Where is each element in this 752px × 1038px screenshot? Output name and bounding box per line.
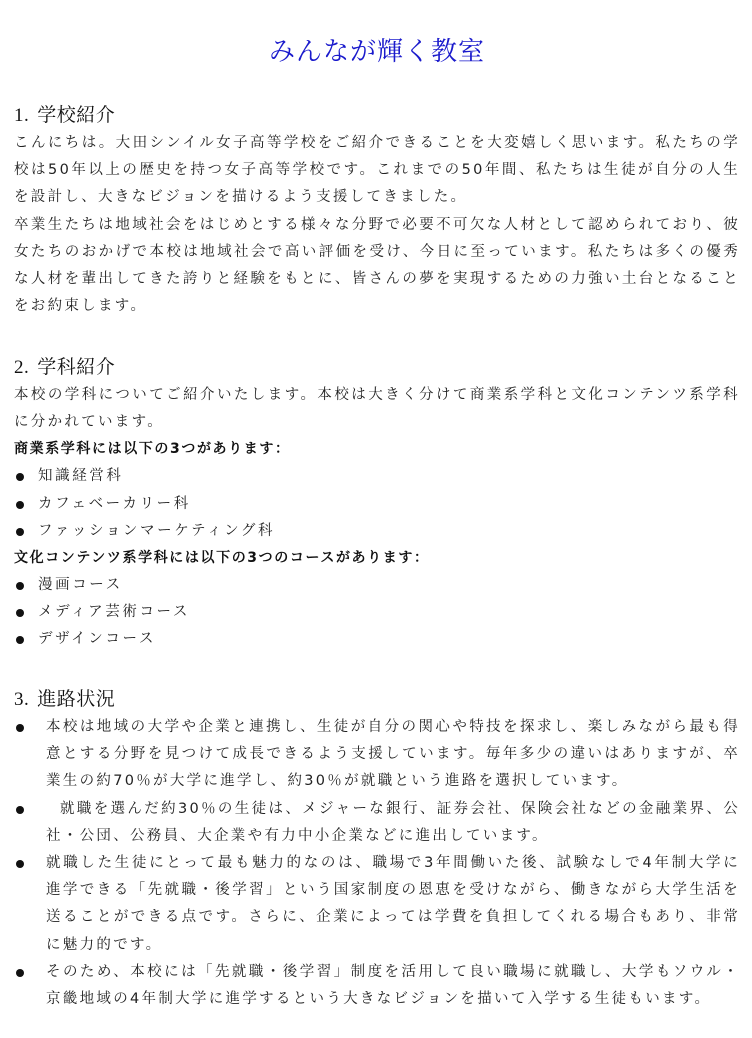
- list-item: ファッションマーケティング科: [14, 518, 740, 545]
- list-item: カフェベーカリー科: [14, 491, 740, 518]
- commerce-department-list: 知識経営科 カフェベーカリー科 ファッションマーケティング科: [14, 463, 740, 545]
- paragraph: 本校の学科についてご紹介いたします。本校は大きく分けて商業系学科と文化コンテンツ…: [14, 382, 740, 436]
- bullet-icon: [16, 724, 24, 732]
- bullet-icon: [16, 609, 24, 617]
- paragraph: こんにちは。大田シンイル女子高等学校をご紹介できることを大変嬉しく思います。私た…: [14, 130, 740, 212]
- group-label-commerce: 商業系学科には以下の3つがあります：: [14, 436, 740, 463]
- section-heading: 2.学科紹介: [14, 352, 740, 382]
- section-number: 2.: [14, 357, 29, 378]
- bullet-icon: [16, 860, 24, 868]
- list-item: デザインコース: [14, 626, 740, 653]
- section-number: 3.: [14, 689, 29, 710]
- document-page: みんなが輝く教室 1.学校紹介 こんにちは。大田シンイル女子高等学校をご紹介でき…: [14, 0, 740, 72]
- list-item: そのため、本校には「先就職・後学習」制度を活用して良い職場に就職し、大学もソウル…: [14, 959, 740, 1013]
- document-title: みんなが輝く教室: [14, 0, 740, 72]
- list-item: 漫画コース: [14, 572, 740, 599]
- bullet-icon: [16, 969, 24, 977]
- section-department-introduction: 2.学科紹介 本校の学科についてご紹介いたします。本校は大きく分けて商業系学科と…: [14, 352, 740, 654]
- list-item: 就職を選んだ約30％の生徒は、メジャーな銀行、証券会社、保険会社などの金融業界、…: [14, 796, 740, 850]
- section-number: 1.: [14, 105, 29, 126]
- section-heading: 1.学校紹介: [14, 100, 740, 130]
- bullet-icon: [16, 501, 24, 509]
- list-item: 知識経営科: [14, 463, 740, 490]
- paragraph: 卒業生たちは地域社会をはじめとする様々な分野で必要不可欠な人材として認められてお…: [14, 212, 740, 321]
- section-school-introduction: 1.学校紹介 こんにちは。大田シンイル女子高等学校をご紹介できることを大変嬉しく…: [14, 100, 740, 320]
- section-title: 学科紹介: [37, 356, 115, 378]
- career-list: 本校は地域の大学や企業と連携し、生徒が自分の関心や特技を探求し、楽しみながら最も…: [14, 714, 740, 1013]
- section-heading: 3.進路状況: [14, 684, 740, 714]
- culture-content-course-list: 漫画コース メディア芸術コース デザインコース: [14, 572, 740, 654]
- section-title: 進路状況: [37, 688, 115, 710]
- bullet-icon: [16, 582, 24, 590]
- list-item: 就職した生徒にとって最も魅力的なのは、職場で3年間働いた後、試験なしで4年制大学…: [14, 850, 740, 959]
- section-title: 学校紹介: [37, 104, 115, 126]
- group-label-culture-content: 文化コンテンツ系学科には以下の3つのコースがあります：: [14, 545, 740, 572]
- bullet-icon: [16, 473, 24, 481]
- list-item: メディア芸術コース: [14, 599, 740, 626]
- list-item: 本校は地域の大学や企業と連携し、生徒が自分の関心や特技を探求し、楽しみながら最も…: [14, 714, 740, 796]
- bullet-icon: [16, 636, 24, 644]
- bullet-icon: [16, 528, 24, 536]
- section-career-status: 3.進路状況 本校は地域の大学や企業と連携し、生徒が自分の関心や特技を探求し、楽…: [14, 684, 740, 1013]
- bullet-icon: [16, 806, 24, 814]
